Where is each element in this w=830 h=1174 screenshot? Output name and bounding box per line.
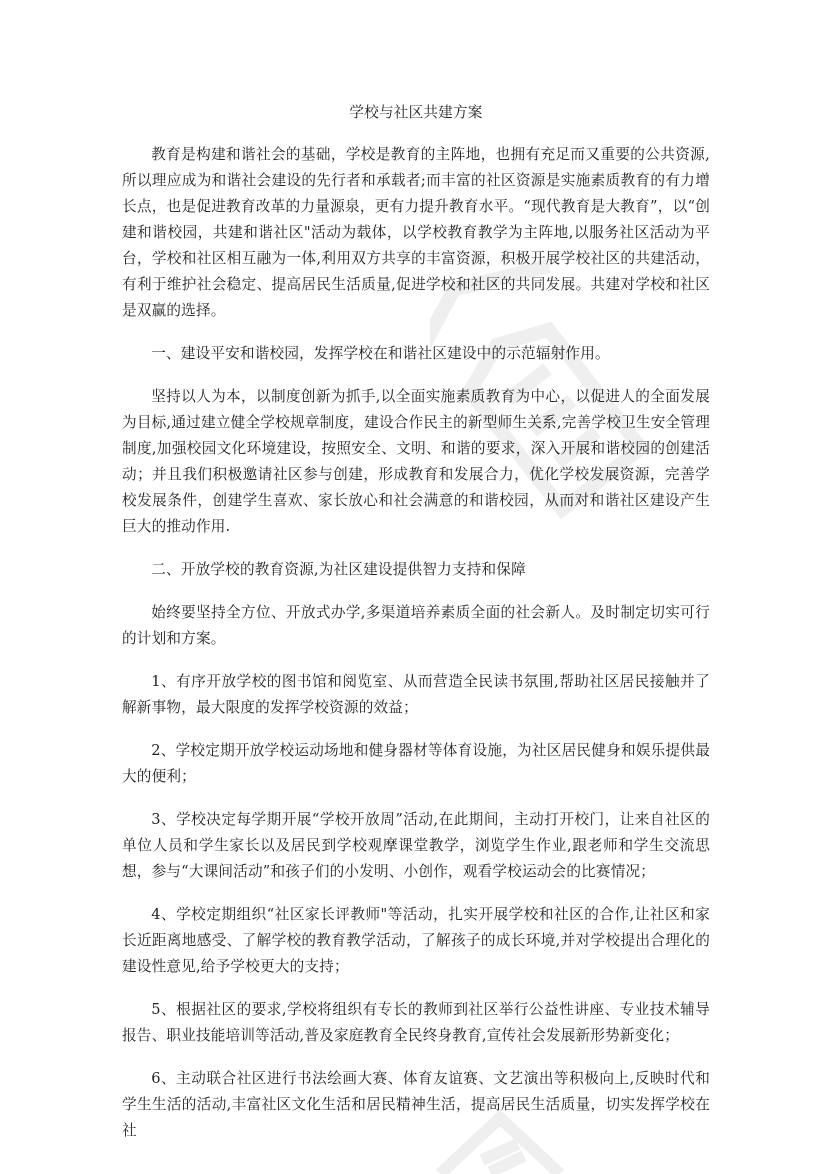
section-2-paragraph: 始终要坚持全方位、开放式办学,多渠道培养素质全面的社会新人。及时制定切实可行的计… [122, 600, 710, 652]
document-body: 学校与社区共建方案 教育是构建和谐社会的基础，学校是教育的主阵地，也拥有充足而又… [122, 100, 710, 1161]
list-item-4: 4、学校定期组织“社区家长评教师"等活动，扎实开展学校和社区的合作,让社区和家长… [122, 902, 710, 980]
document-page: 学校与社区共建方案 教育是构建和谐社会的基础，学校是教育的主阵地，也拥有充足而又… [0, 0, 830, 1174]
intro-paragraph: 教育是构建和谐社会的基础，学校是教育的主阵地，也拥有充足而又重要的公共资源,所以… [122, 142, 710, 324]
list-item-1: 1、有序开放学校的图书馆和阅览室、从而营造全民读书氛围,帮助社区居民接触并了解新… [122, 669, 710, 721]
section-heading-1: 一、建设平安和谐校园，发挥学校在和谐社区建设中的示范辐射作用。 [122, 341, 710, 367]
section-1-paragraph: 坚持以人为本，以制度创新为抓手,以全面实施素质教育为中心，以促进人的全面发展为目… [122, 384, 710, 540]
list-item-3: 3、学校决定每学期开展“学校开放周”活动,在此期间，主动打开校门，让来自社区的单… [122, 807, 710, 885]
list-item-6: 6、主动联合社区进行书法绘画大赛、体育友谊赛、文艺演出等积极向上,反映时代和学生… [122, 1066, 710, 1144]
list-item-2: 2、学校定期开放学校运动场地和健身器材等体育设施，为社区居民健身和娱乐提供最大的… [122, 738, 710, 790]
section-heading-2: 二、开放学校的教育资源,为社区建设提供智力支持和保障 [122, 557, 710, 583]
document-title: 学校与社区共建方案 [122, 100, 710, 126]
list-item-5: 5、根据社区的要求,学校将组织有专长的教师到社区举行公益性讲座、专业技术辅导报告… [122, 997, 710, 1049]
